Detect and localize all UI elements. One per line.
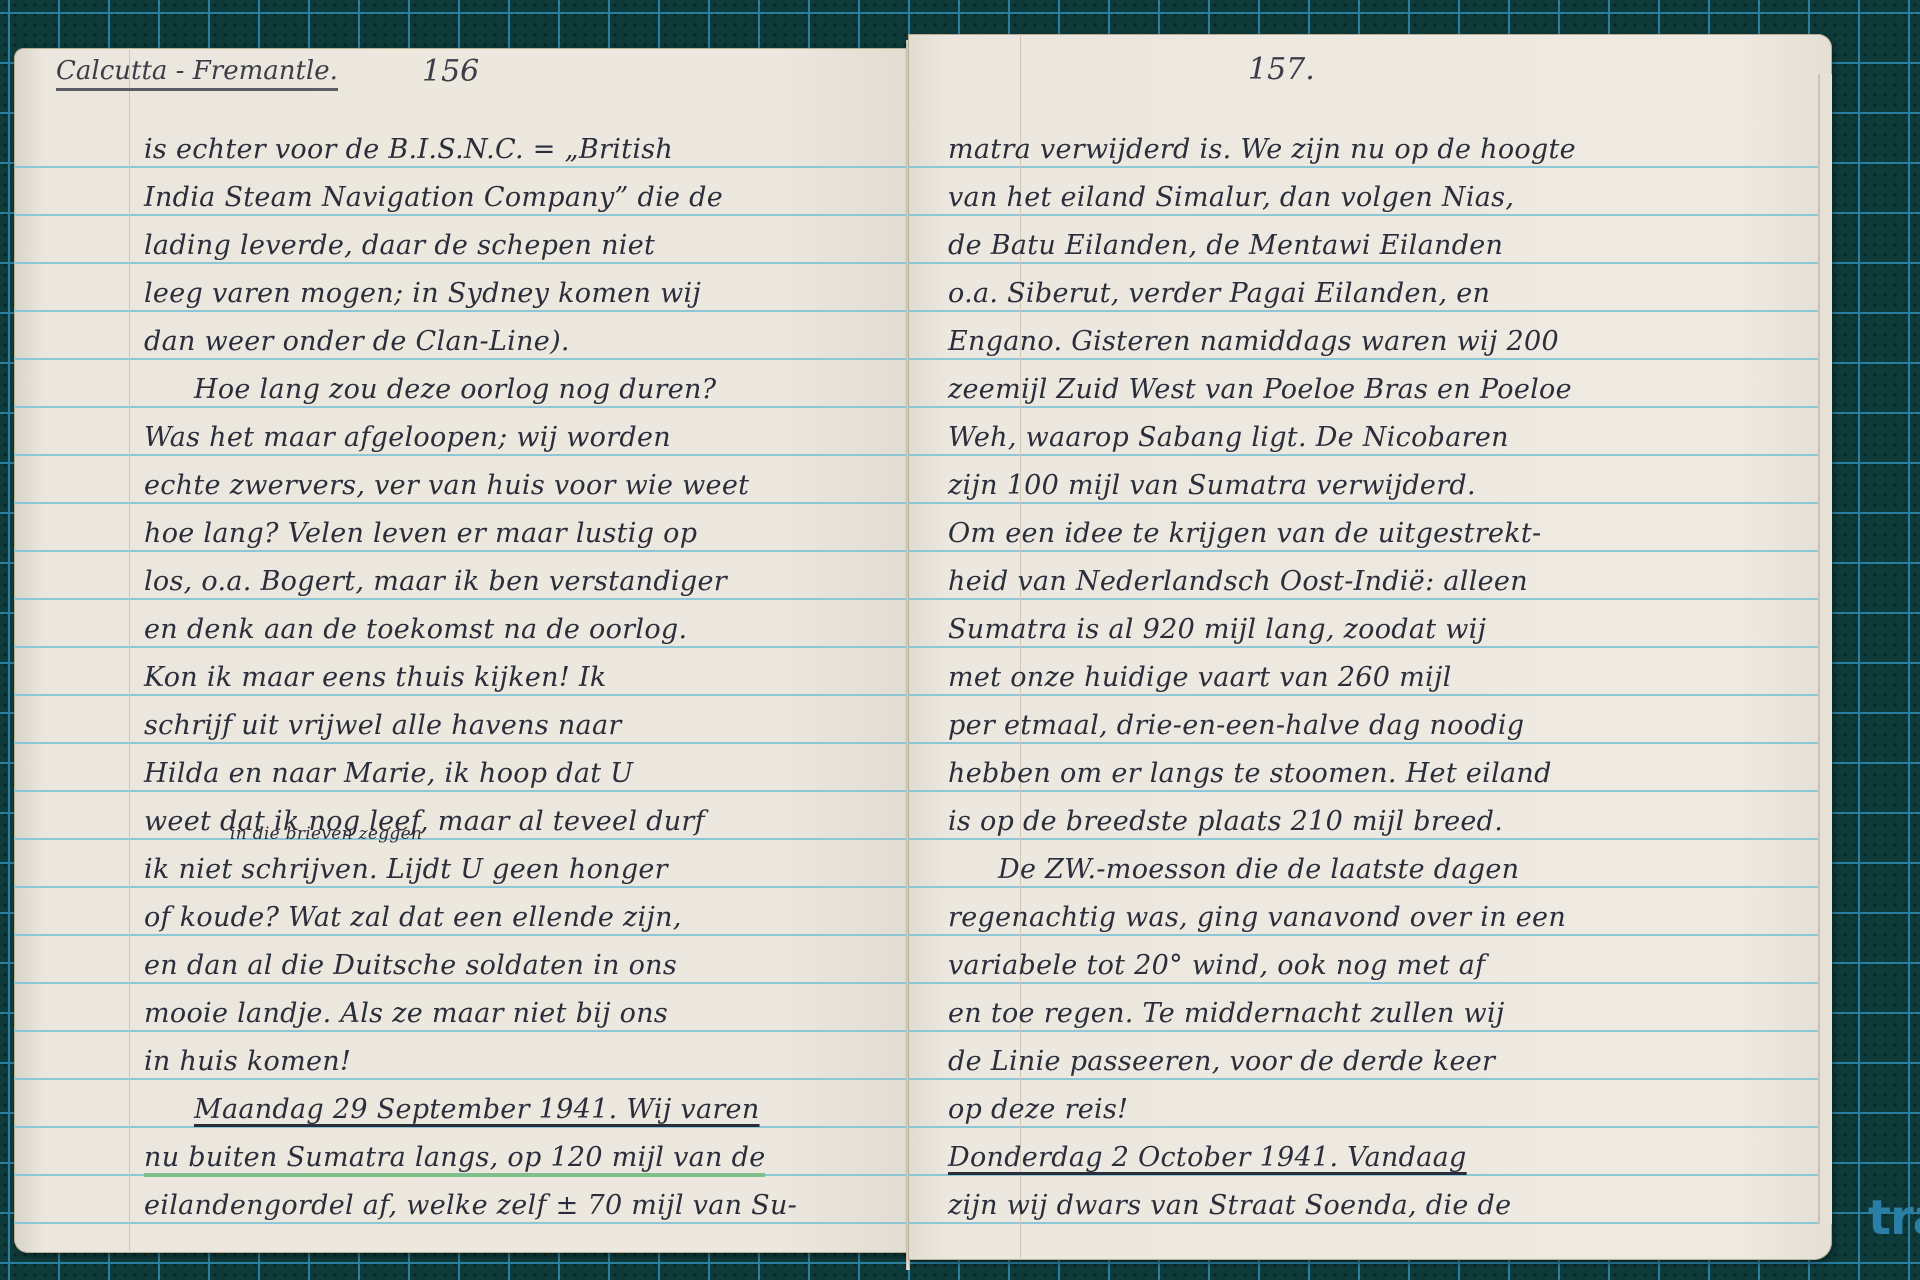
diary-date-heading: Maandag 29 September 1941. Wij varen bbox=[144, 1086, 884, 1134]
text-line: hoe lang? Velen leven er maar lustig op bbox=[144, 510, 884, 558]
text-line: zijn wij dwars van Straat Soenda, die de bbox=[948, 1182, 1778, 1230]
text-line: India Steam Navigation Company” die de bbox=[144, 174, 884, 222]
interlinear-insertion: in die brieven zeggen bbox=[230, 826, 422, 843]
text-line: echte zwervers, ver van huis voor wie we… bbox=[144, 462, 884, 510]
green-highlight-line: nu buiten Sumatra langs, op 120 mijl van… bbox=[144, 1142, 765, 1177]
notebook-page-left: Calcutta - Fremantle. 156 is echter voor… bbox=[14, 48, 910, 1253]
text-line: Engano. Gisteren namiddags waren wij 200 bbox=[948, 318, 1778, 366]
text-line: zeemijl Zuid West van Poeloe Bras en Poe… bbox=[948, 366, 1778, 414]
text-line: Om een idee te krijgen van de uitgestrek… bbox=[948, 510, 1778, 558]
diary-date-heading: Donderdag 2 October 1941. Vandaag bbox=[948, 1134, 1778, 1182]
text-line: dan weer onder de Clan-Line). bbox=[144, 318, 884, 366]
text-line: in huis komen! bbox=[144, 1038, 884, 1086]
handwritten-text-right: matra verwijderd is. We zijn nu op de ho… bbox=[948, 126, 1778, 1230]
text-line: variabele tot 20° wind, ook nog met af bbox=[948, 942, 1778, 990]
notebook-page-right: 157. matra verwijderd is. We zijn nu op … bbox=[908, 34, 1832, 1260]
text-line: met onze huidige vaart van 260 mijl bbox=[948, 654, 1778, 702]
text-line: nu buiten Sumatra langs, op 120 mijl van… bbox=[144, 1134, 884, 1182]
text-line: lading leverde, daar de schepen niet bbox=[144, 222, 884, 270]
text-line: en dan al die Duitsche soldaten in ons bbox=[144, 942, 884, 990]
page-header-title: Calcutta - Fremantle. bbox=[56, 56, 338, 91]
text-line: Sumatra is al 920 mijl lang, zoodat wij bbox=[948, 606, 1778, 654]
text-line: hebben om er langs te stoomen. Het eilan… bbox=[948, 750, 1778, 798]
text-line: Hilda en naar Marie, ik hoop dat U bbox=[144, 750, 884, 798]
text-line: mooie landje. Als ze maar niet bij ons bbox=[144, 990, 884, 1038]
text-line: ik niet schrijven. Lijdt U geen honger bbox=[144, 854, 668, 885]
text-line: de Linie passeeren, voor de derde keer bbox=[948, 1038, 1778, 1086]
text-line: De ZW.-moesson die de laatste dagen bbox=[948, 846, 1778, 894]
text-line: regenachtig was, ging vanavond over in e… bbox=[948, 894, 1778, 942]
text-line: is op de breedste plaats 210 mijl breed. bbox=[948, 798, 1778, 846]
text-line: en denk aan de toekomst na de oorlog. bbox=[144, 606, 884, 654]
text-line: en toe regen. Te middernacht zullen wij bbox=[948, 990, 1778, 1038]
text-line: Weh, waarop Sabang ligt. De Nicobaren bbox=[948, 414, 1778, 462]
text-line: leeg varen mogen; in Sydney komen wij bbox=[144, 270, 884, 318]
text-line: zijn 100 mijl van Sumatra verwijderd. bbox=[948, 462, 1778, 510]
text-line: eilandengordel af, welke zelf ± 70 mijl … bbox=[144, 1182, 884, 1230]
page-number: 156 bbox=[422, 54, 479, 89]
margin-line bbox=[129, 48, 130, 1253]
text-line: is echter voor de B.I.S.N.C. = „British bbox=[144, 126, 884, 174]
text-line: Was het maar afgeloopen; wij worden bbox=[144, 414, 884, 462]
text-line: matra verwijderd is. We zijn nu op de ho… bbox=[948, 126, 1778, 174]
text-line: op deze reis! bbox=[948, 1086, 1778, 1134]
text-line: Kon ik maar eens thuis kijken! Ik bbox=[144, 654, 884, 702]
text-line: of koude? Wat zal dat een ellende zijn, bbox=[144, 894, 884, 942]
handwritten-text-left: is echter voor de B.I.S.N.C. = „British … bbox=[144, 126, 884, 1230]
text-line: Hoe lang zou deze oorlog nog duren? bbox=[144, 366, 884, 414]
text-line: los, o.a. Bogert, maar ik ben verstandig… bbox=[144, 558, 884, 606]
text-line: per etmaal, drie-en-een-halve dag noodig bbox=[948, 702, 1778, 750]
text-line: heid van Nederlandsch Oost-Indië: alleen bbox=[948, 558, 1778, 606]
mat-logo-text: tra bbox=[1868, 1190, 1920, 1246]
text-line-with-insertion: in die brieven zeggen ik niet schrijven.… bbox=[144, 846, 884, 894]
text-line: van het eiland Simalur, dan volgen Nias, bbox=[948, 174, 1778, 222]
page-number: 157. bbox=[1248, 52, 1315, 87]
text-line: schrijf uit vrijwel alle havens naar bbox=[144, 702, 884, 750]
text-line: de Batu Eilanden, de Mentawi Eilanden bbox=[948, 222, 1778, 270]
text-line: o.a. Siberut, verder Pagai Eilanden, en bbox=[948, 270, 1778, 318]
